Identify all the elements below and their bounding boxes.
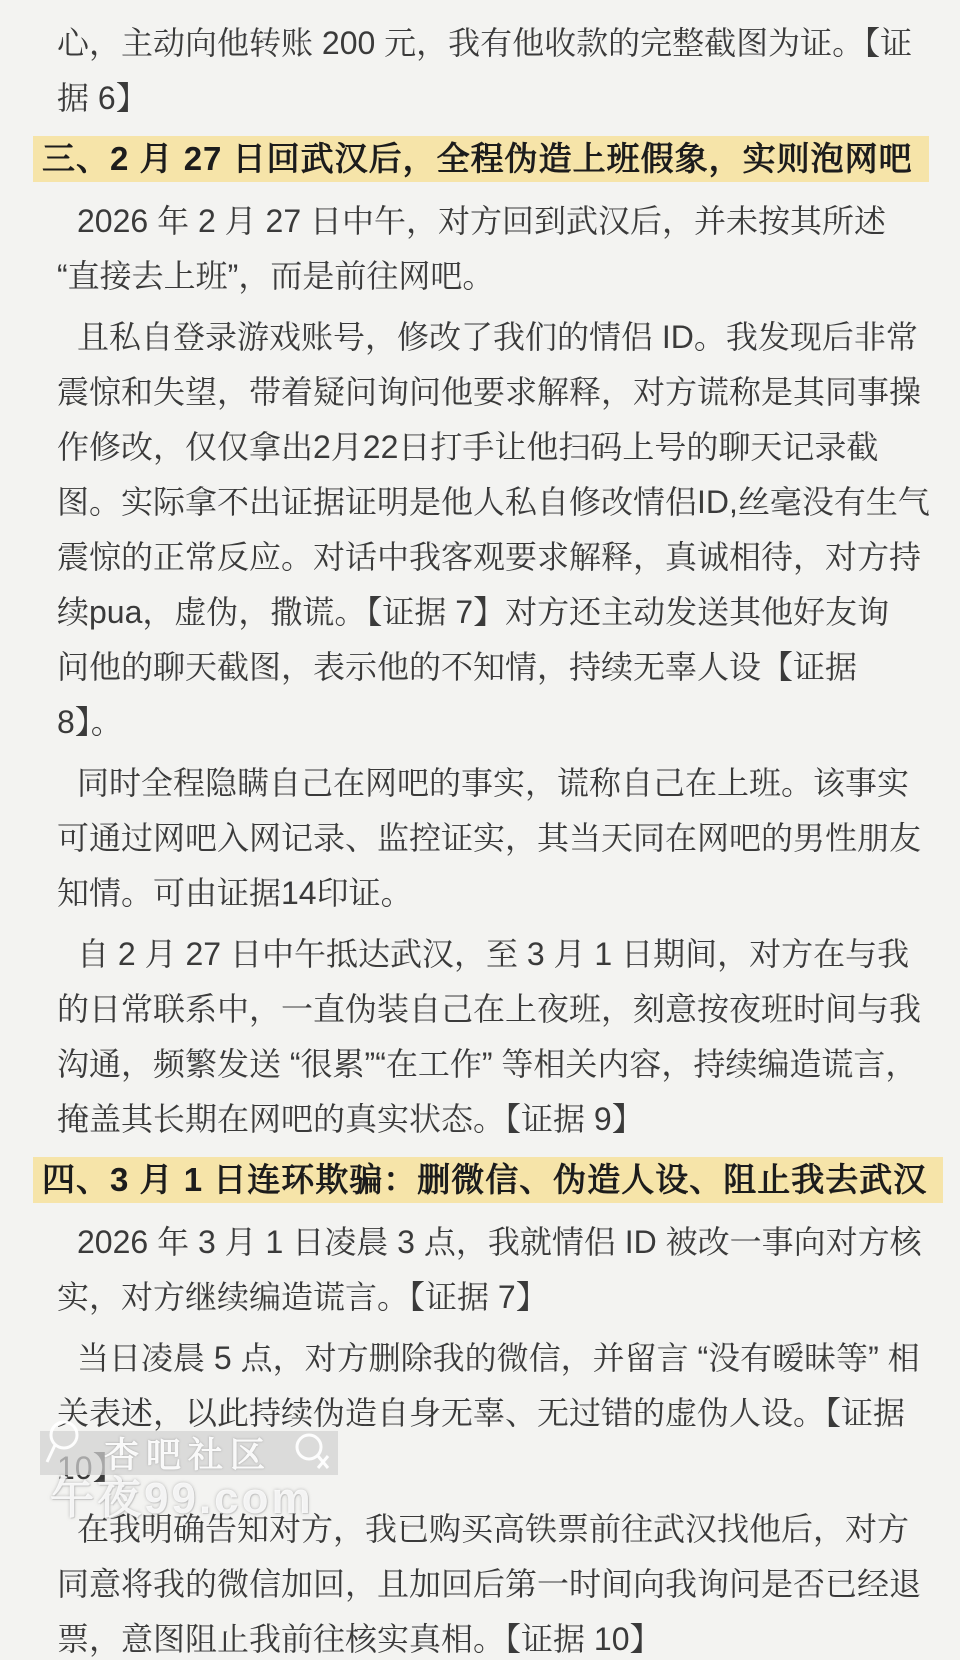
text-line: 2026 年 2 月 27 日中午，对方回到武汉后，并未按其所述 [57,194,942,249]
watermark-site-label: 午夜99.com [50,1462,314,1526]
text-line: 票，意图阻止我前往核实真相。【证据 10】 [57,1612,942,1660]
section-heading-text: 四、3 月 1 日连环欺骗：删微信、伪造人设、阻止我去武汉 [33,1157,943,1203]
text-line: 震惊的正常反应。对话中我客观要求解释，真诚相待，对方持 [57,530,942,585]
text-line: 掩盖其长期在网吧的真实状态。【证据 9】 [57,1092,942,1147]
text-line: 图。实际拿不出证据证明是他人私自修改情侣ID,丝毫没有生气 [57,475,942,530]
text-line: 8】。 [57,695,942,750]
text-line: 沟通，频繁发送 “很累”“在工作” 等相关内容，持续编造谎言， [57,1037,942,1092]
text-line: 续pua，虚伪，撒谎。【证据 7】对方还主动发送其他好友询 [57,585,942,640]
text-line: 的日常联系中，一直伪装自己在上夜班，刻意按夜班时间与我 [57,982,942,1037]
text-line: 作修改，仅仅拿出2月22日打手让他扫码上号的聊天记录截 [57,420,942,475]
text-line: 可通过网吧入网记录、监控证实，其当天同在网吧的男性朋友 [57,811,942,866]
section-heading-4: 四、3 月 1 日连环欺骗：删微信、伪造人设、阻止我去武汉 [33,1157,942,1203]
text-line: 2026 年 3 月 1 日凌晨 3 点，我就情侣 ID 被改一事向对方核 [57,1215,942,1270]
text-line: 据 6】 [57,71,942,126]
text-line: 且私自登录游戏账号，修改了我们的情侣 ID。我发现后非常 [57,310,942,365]
text-line: 实，对方继续编造谎言。【证据 7】 [57,1270,942,1325]
text-line: 问他的聊天截图，表示他的不知情，持续无辜人设【证据 [57,640,942,695]
text-line: 同时全程隐瞒自己在网吧的事实，谎称自己在上班。该事实 [57,756,942,811]
text-line: “直接去上班”，而是前往网吧。 [57,249,942,304]
document-body: 心，主动向他转账 200 元，我有他收款的完整截图为证。【证 据 6】 三、2 … [0,0,960,1660]
text-line: 同意将我的微信加回，且加回后第一时间向我询问是否已经退 [57,1557,942,1612]
text-line: 心，主动向他转账 200 元，我有他收款的完整截图为证。【证 [57,16,942,71]
text-line: 震惊和失望，带着疑问询问他要求解释，对方谎称是其同事操 [57,365,942,420]
text-line: 知情。可由证据14印证。 [57,866,942,921]
section-heading-text: 三、2 月 27 日回武汉后，全程伪造上班假象，实则泡网吧 [33,136,929,182]
text-line: 当日凌晨 5 点，对方删除我的微信，并留言 “没有暧昧等” 相 [57,1331,942,1386]
section-heading-3: 三、2 月 27 日回武汉后，全程伪造上班假象，实则泡网吧 [33,136,942,182]
text-line: 自 2 月 27 日中午抵达武汉，至 3 月 1 日期间，对方在与我 [57,927,942,982]
